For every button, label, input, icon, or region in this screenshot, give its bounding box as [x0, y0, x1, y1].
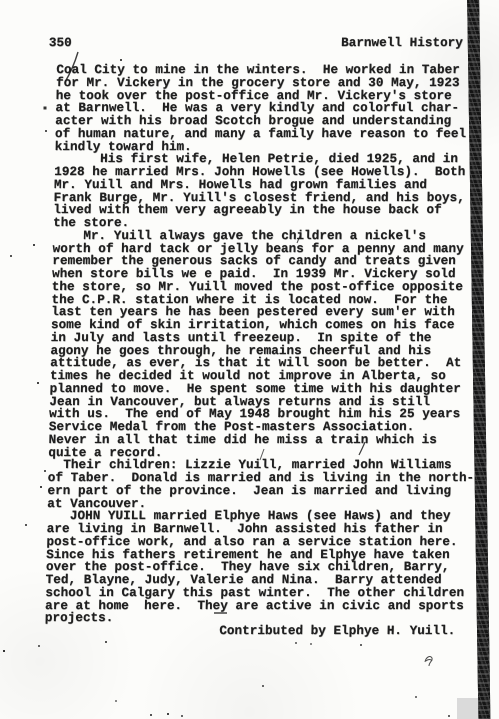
page-number: 350 — [49, 36, 72, 49]
scan-band-foot — [457, 698, 479, 719]
paragraph: Mr. Yuill always gave the children a nic… — [48, 230, 469, 460]
paragraph: Their children: Lizzie Yuill, married Jo… — [47, 459, 464, 510]
page-header: 350 Barnwell History — [49, 36, 463, 49]
typed-body: Coal City to mine in the winters. He wor… — [45, 64, 473, 625]
paragraph: Coal City to mine in the winters. He wor… — [55, 64, 473, 153]
paragraph: His first wife, Helen Petrie, died 1925,… — [53, 153, 471, 230]
paragraph: JOHN YUILL married Elphye Haws (see Haws… — [45, 510, 463, 625]
scanned-book-page: 350 Barnwell History Coal City to mine i… — [0, 0, 499, 719]
scan-specks — [0, 0, 2, 2]
contributed-by-line: Contributed by Elphye H. Yuill. — [36, 625, 460, 638]
running-title: Barnwell History — [341, 36, 463, 49]
typed-content: 350 Barnwell History Coal City to mine i… — [36, 36, 473, 638]
